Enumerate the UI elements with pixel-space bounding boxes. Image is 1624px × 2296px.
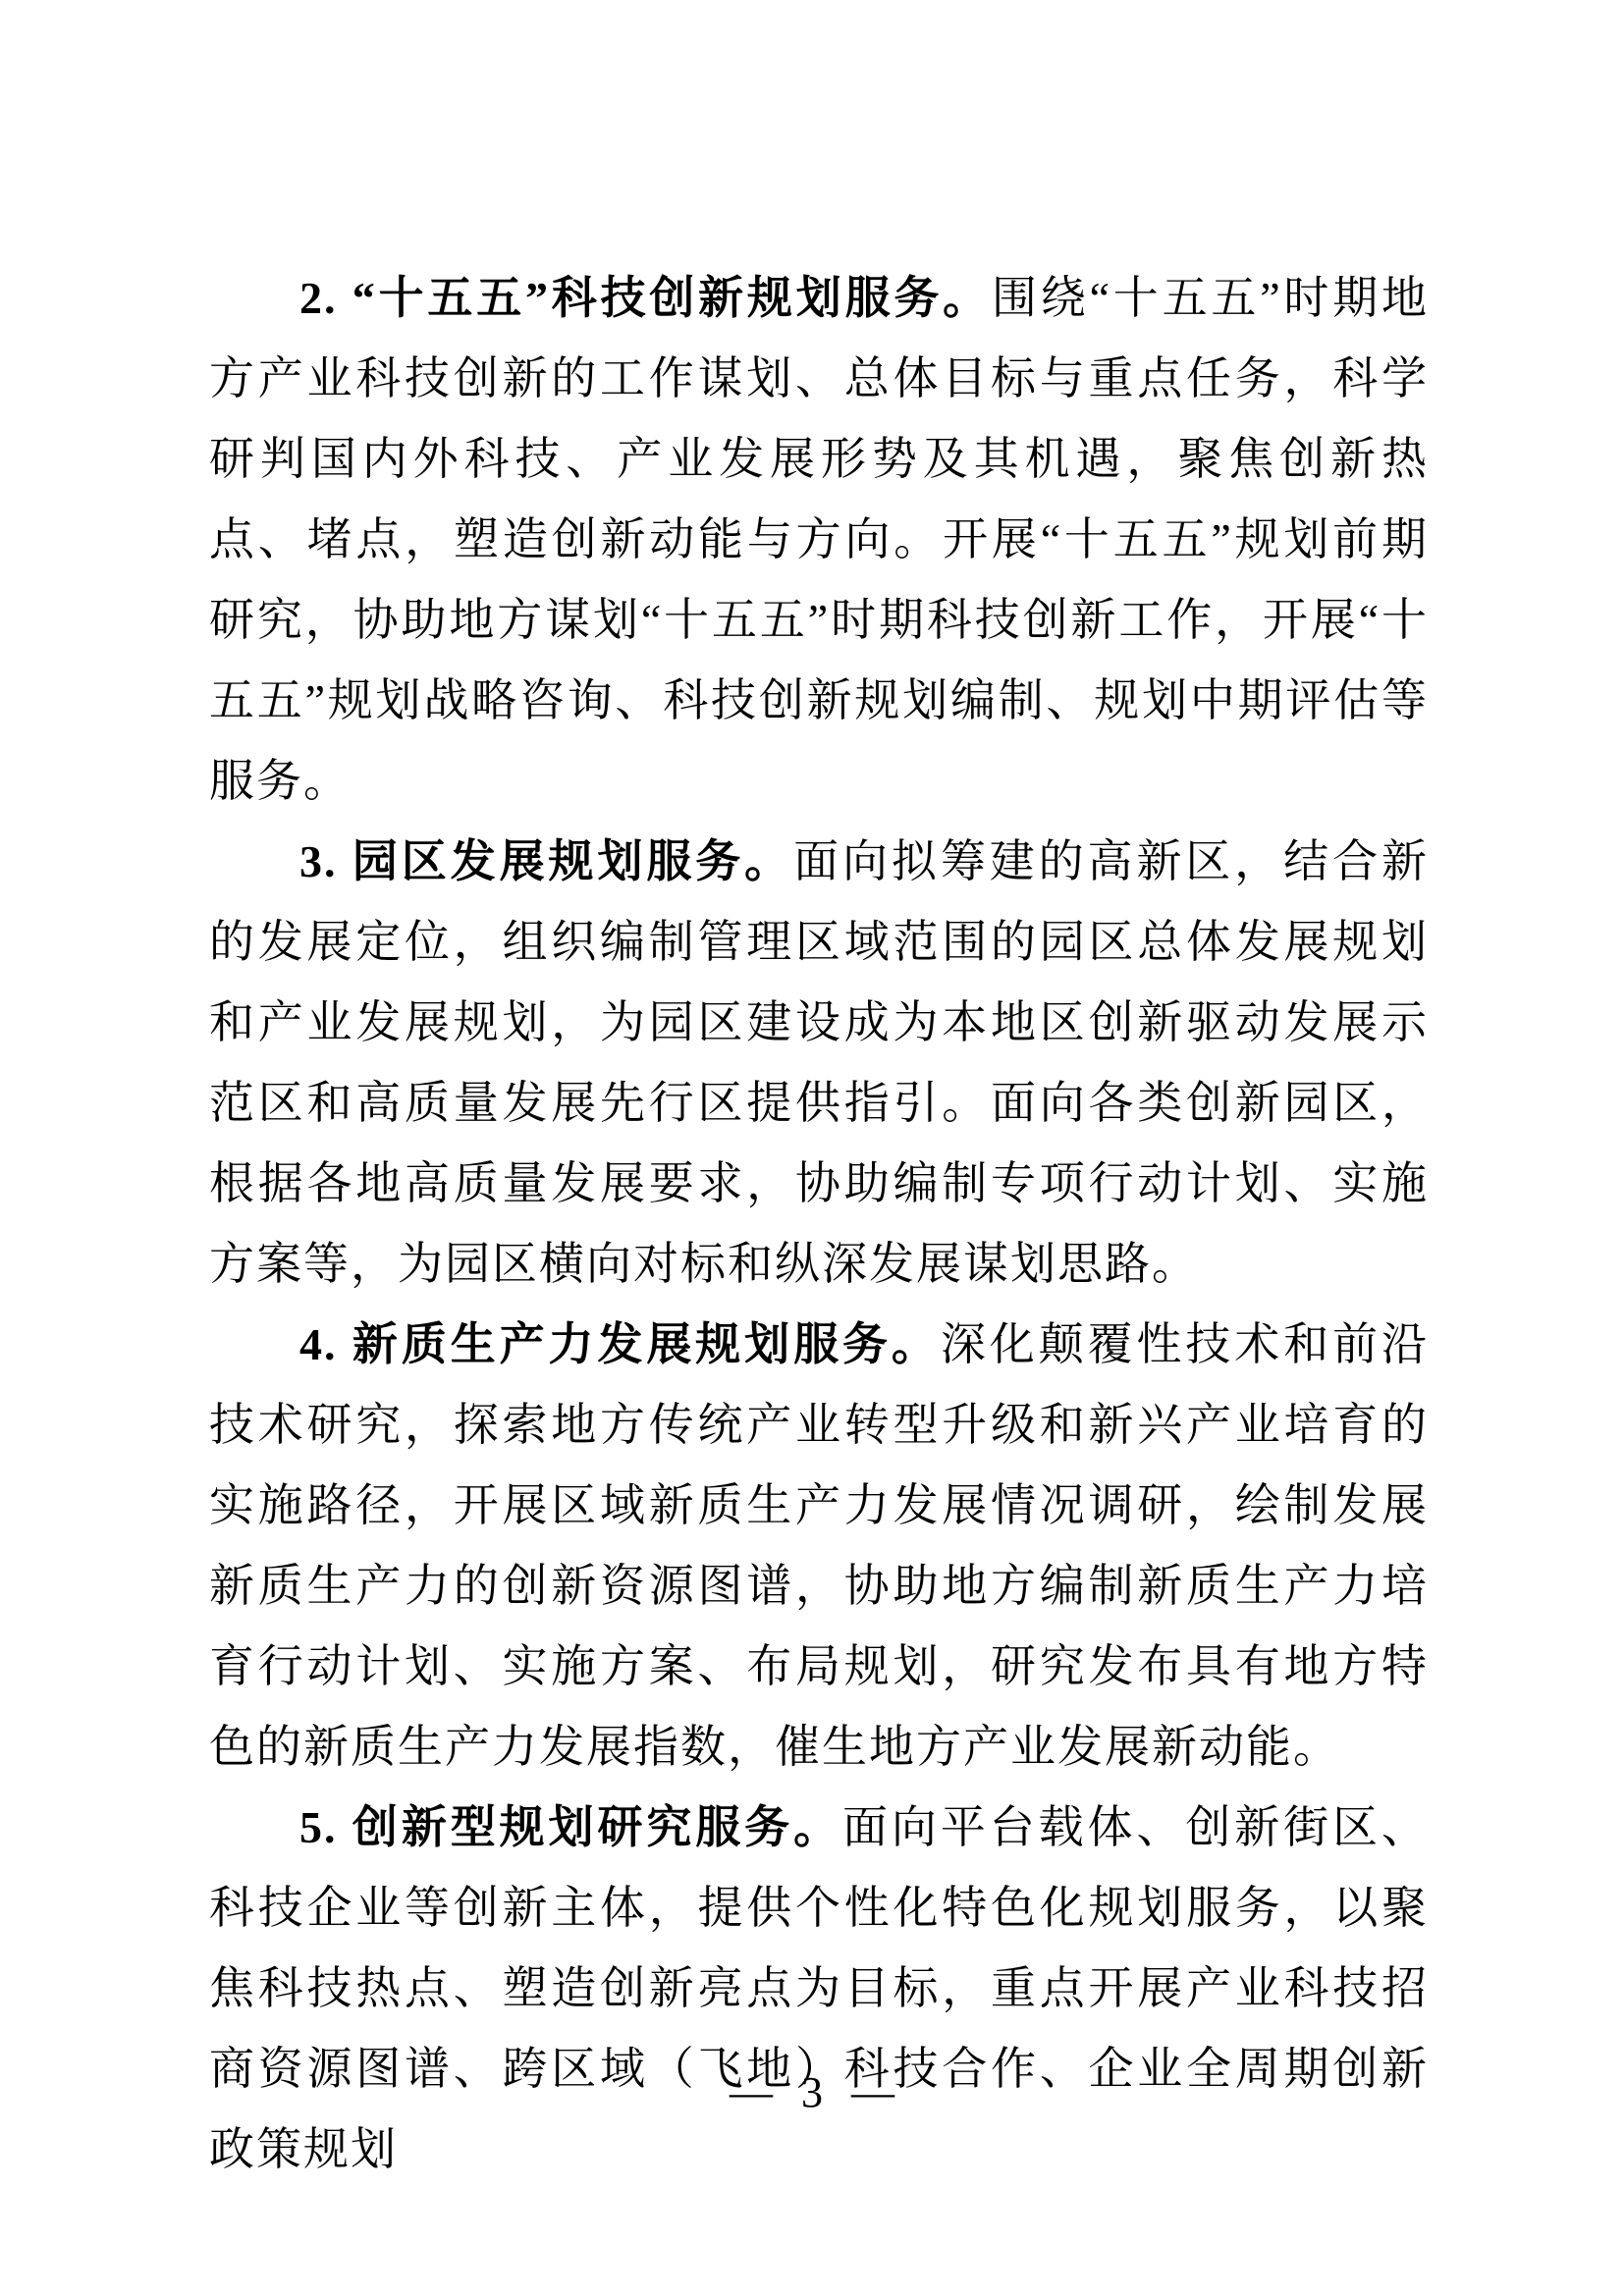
- paragraph-5-heading: 5. 创新型规划研究服务。: [299, 1802, 842, 1852]
- page-footer: — 3 —: [0, 2063, 1624, 2122]
- document-page: 2. “十五五”科技创新规划服务。围绕“十五五”时期地方产业科技创新的工作谋划、…: [0, 0, 1624, 2296]
- paragraph-2-body: 围绕“十五五”时期地方产业科技创新的工作谋划、总体目标与重点任务，科学研判国内外…: [209, 273, 1429, 806]
- paragraph-3-body: 面向拟筹建的高新区，结合新的发展定位，组织编制管理区域范围的园区总体发展规划和产…: [209, 836, 1429, 1289]
- document-text-block: 2. “十五五”科技创新规划服务。围绕“十五五”时期地方产业科技创新的工作谋划、…: [209, 258, 1429, 2190]
- paragraph-3: 3. 园区发展规划服务。面向拟筹建的高新区，结合新的发展定位，组织编制管理区域范…: [209, 822, 1429, 1305]
- paragraph-2-heading: 2. “十五五”科技创新规划服务。: [299, 273, 992, 323]
- page-number: — 3 —: [730, 2068, 894, 2116]
- paragraph-4-heading: 4. 新质生产力发展规划服务。: [299, 1319, 941, 1369]
- paragraph-5: 5. 创新型规划研究服务。面向平台载体、创新街区、科技企业等创新主体，提供个性化…: [209, 1788, 1429, 2190]
- paragraph-3-heading: 3. 园区发展规划服务。: [299, 836, 793, 886]
- paragraph-2: 2. “十五五”科技创新规划服务。围绕“十五五”时期地方产业科技创新的工作谋划、…: [209, 258, 1429, 822]
- paragraph-4-body: 深化颠覆性技术和前沿技术研究，探索地方传统产业转型升级和新兴产业培育的实施路径，…: [209, 1319, 1429, 1772]
- paragraph-4: 4. 新质生产力发展规划服务。深化颠覆性技术和前沿技术研究，探索地方传统产业转型…: [209, 1305, 1429, 1788]
